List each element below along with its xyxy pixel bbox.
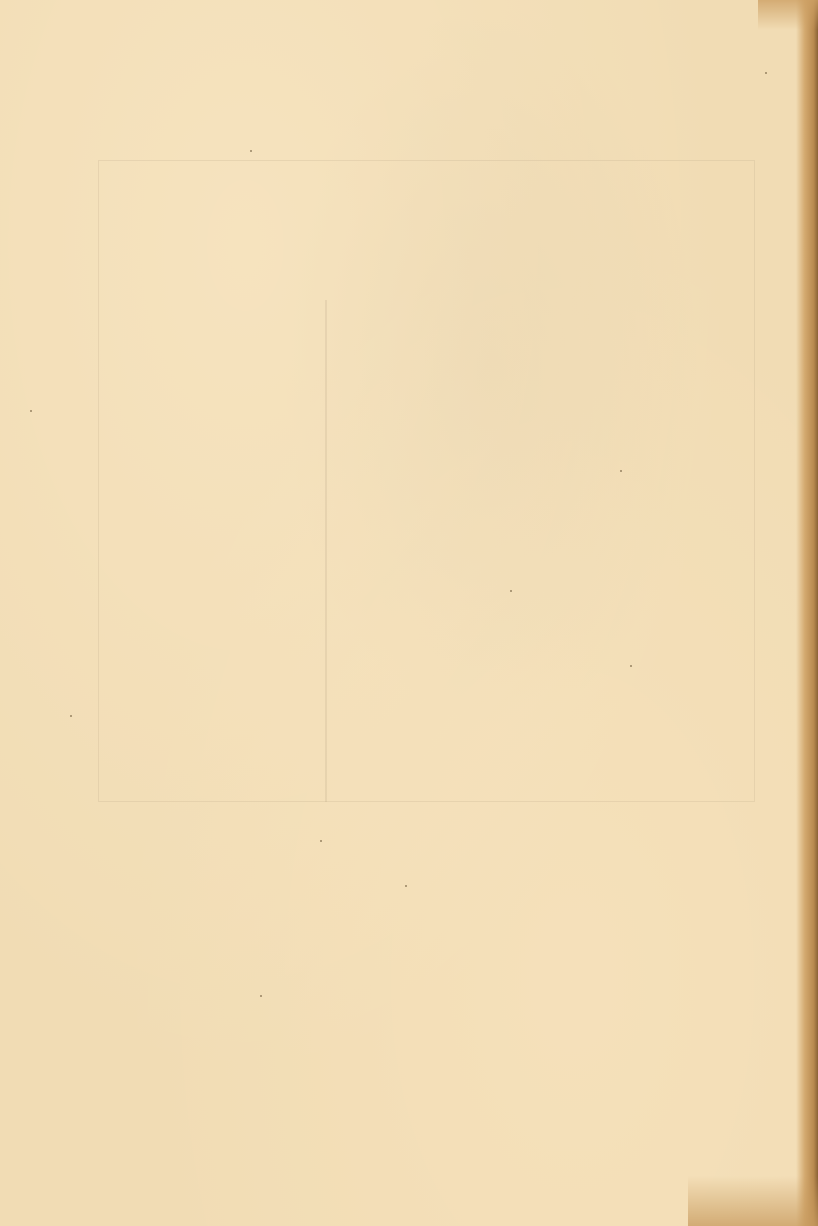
speck	[250, 150, 252, 152]
corner-stain-bottom	[688, 1176, 818, 1226]
speck	[405, 885, 407, 887]
blank-paper-page	[0, 0, 818, 1226]
speck	[620, 470, 622, 472]
speck	[510, 590, 512, 592]
speck	[260, 995, 262, 997]
bleed-through-column-divider	[325, 300, 327, 802]
page-edge	[796, 0, 818, 1226]
bleed-through-frame	[98, 160, 755, 802]
corner-stain-top	[758, 0, 818, 30]
speck	[630, 665, 632, 667]
speck	[320, 840, 322, 842]
speck	[30, 410, 32, 412]
speck	[70, 715, 72, 717]
speck	[765, 72, 767, 74]
